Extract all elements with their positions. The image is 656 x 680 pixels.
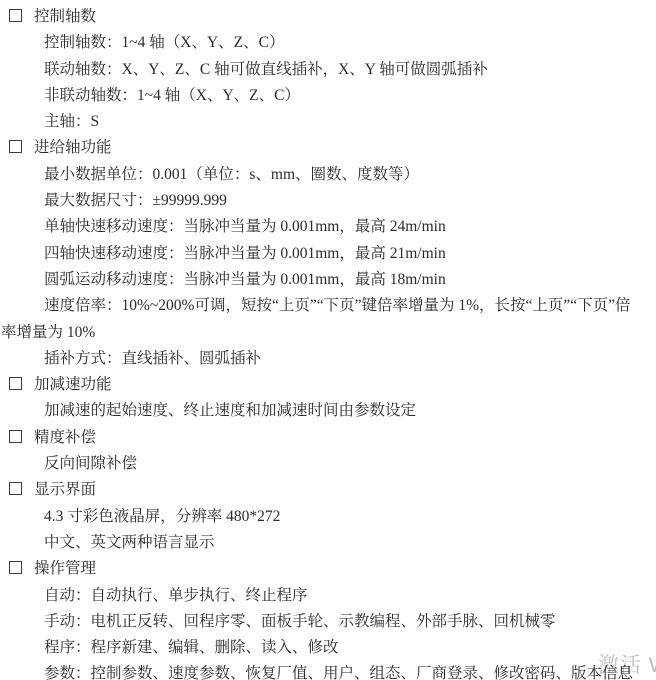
spec-line: 率增量为 10% [0, 320, 656, 346]
spec-line: 联动轴数：X、Y、Z、C 轴可做直线插补，X、Y 轴可做圆弧插补 [0, 57, 656, 83]
spec-line: 圆弧运动移动速度：当脉冲当量为 0.001mm，最高 18m/min [0, 267, 656, 293]
spec-line: 四轴快速移动速度：当脉冲当量为 0.001mm，最高 21m/min [0, 241, 656, 267]
section-header-line: 控制轴数 [0, 4, 656, 30]
spec-line: 4.3 寸彩色液晶屏，分辨率 480*272 [0, 504, 656, 530]
spec-line: 非联动轴数：1~4 轴（X、Y、Z、C） [0, 83, 656, 109]
bullet-square-icon [9, 9, 22, 22]
spec-line: 最大数据尺寸：±99999.999 [0, 188, 656, 214]
section-title: 操作管理 [34, 560, 96, 577]
section-title: 控制轴数 [34, 8, 96, 25]
spec-line: 自动：自动执行、单步执行、终止程序 [0, 583, 656, 609]
spec-line: 参数：控制参数、速度参数、恢复厂值、用户、组态、厂商登录、修改密码、版本信息 [0, 661, 656, 680]
spec-line: 加减速的起始速度、终止速度和加减速时间由参数设定 [0, 398, 656, 424]
bullet-square-icon [9, 377, 22, 390]
section-title: 精度补偿 [34, 429, 96, 446]
spec-line: 控制轴数：1~4 轴（X、Y、Z、C） [0, 30, 656, 56]
spec-line: 主轴：S [0, 109, 656, 135]
spec-line: 手动：电机正反转、回程序零、面板手轮、示教编程、外部手脉、回机械零 [0, 609, 656, 635]
spec-line: 程序：程序新建、编辑、删除、读入、修改 [0, 635, 656, 661]
section-header-line: 显示界面 [0, 477, 656, 503]
section-header-line: 操作管理 [0, 556, 656, 582]
bullet-square-icon [9, 430, 22, 443]
bullet-square-icon [9, 482, 22, 495]
bullet-square-icon [9, 140, 22, 153]
section-title: 显示界面 [34, 481, 96, 498]
section-header-line: 精度补偿 [0, 425, 656, 451]
section-title: 进给轴功能 [34, 139, 112, 156]
spec-line: 反向间隙补偿 [0, 451, 656, 477]
spec-line: 单轴快速移动速度：当脉冲当量为 0.001mm，最高 24m/min [0, 214, 656, 240]
section-header-line: 加减速功能 [0, 372, 656, 398]
bullet-square-icon [9, 561, 22, 574]
spec-line: 插补方式：直线插补、圆弧插补 [0, 346, 656, 372]
spec-document: 控制轴数控制轴数：1~4 轴（X、Y、Z、C）联动轴数：X、Y、Z、C 轴可做直… [0, 4, 656, 680]
section-title: 加减速功能 [34, 376, 112, 393]
spec-line: 速度倍率：10%~200%可调，短按“上页”“下页”键倍率增量为 1%，长按“上… [0, 293, 656, 319]
section-header-line: 进给轴功能 [0, 135, 656, 161]
spec-line: 中文、英文两种语言显示 [0, 530, 656, 556]
spec-line: 最小数据单位：0.001（单位：s、mm、圈数、度数等） [0, 162, 656, 188]
